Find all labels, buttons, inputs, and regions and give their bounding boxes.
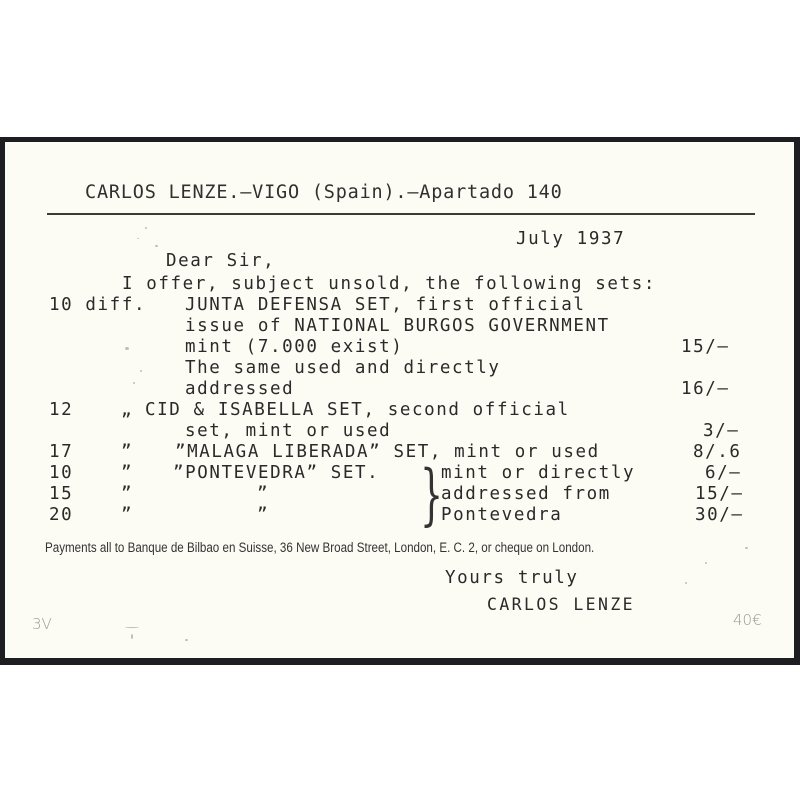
pencil-note-left: 3V — [32, 615, 52, 633]
offer-line: ”MALAGA LIBERADA” SET, mint or used — [175, 444, 600, 462]
offer-line: set, mint or used — [185, 423, 391, 441]
offer-line: The same used and directly — [185, 360, 501, 378]
postmark-speck — [685, 582, 687, 584]
offer-line: mint (7.000 exist) — [185, 339, 403, 357]
offer-line: issue of NATIONAL BURGOS GOVERNMENT — [185, 318, 610, 336]
offer-qty: 17 — [49, 444, 73, 462]
offer-qty: 10 diff. — [49, 297, 146, 315]
offer-qty: 20 — [49, 507, 73, 525]
postmark-speck — [185, 639, 188, 641]
intro-line: I offer, subject unsold, the following s… — [122, 276, 656, 294]
postcard-paper: CARLOS LENZE.—VIGO (Spain).—Apartado 140… — [5, 142, 794, 658]
postmark-speck — [125, 627, 139, 628]
offer-price: 15/— — [695, 486, 744, 504]
postmark-speck — [125, 347, 129, 350]
postmark-speck — [745, 547, 748, 549]
offer-price: 15/— — [681, 339, 730, 357]
offer-line: addressed — [185, 381, 294, 399]
payment-note: Payments all to Banque de Bilbao en Suis… — [45, 540, 594, 555]
salutation: Dear Sir, — [166, 253, 275, 271]
offer-qty: 12 — [49, 402, 73, 420]
ditto-mark: „ — [121, 402, 133, 420]
postmark-speck — [133, 382, 135, 384]
postmark-speck — [155, 245, 158, 247]
offer-price: 8/.6 — [693, 444, 742, 462]
date: July 1937 — [516, 231, 625, 249]
offer-price: 30/— — [695, 507, 744, 525]
offer-note: Pontevedra — [441, 507, 562, 525]
offer-note: mint or directly — [441, 465, 635, 483]
offer-qty: 10 — [49, 465, 73, 483]
ditto-mark: ” — [121, 507, 133, 525]
offer-price: 3/— — [703, 423, 739, 441]
postmark-speck — [705, 562, 707, 564]
offer-qty: 15 — [49, 486, 73, 504]
offer-line: CID & ISABELLA SET, second official — [145, 402, 570, 420]
ditto-mark: ” — [257, 486, 269, 504]
grouping-brace: } — [420, 462, 443, 528]
postmark-speck — [137, 238, 139, 239]
postcard: CARLOS LENZE.—VIGO (Spain).—Apartado 140… — [0, 137, 800, 665]
ditto-mark: ” — [121, 465, 133, 483]
postmark-speck — [131, 634, 133, 639]
offer-note: addressed from — [441, 486, 611, 504]
postmark-speck — [145, 227, 147, 229]
signature: CARLOS LENZE — [487, 597, 635, 614]
offer-price: 6/— — [705, 465, 741, 483]
closing: Yours truly — [445, 570, 579, 588]
offer-price: 16/— — [681, 381, 730, 399]
letterhead: CARLOS LENZE.—VIGO (Spain).—Apartado 140 — [85, 184, 563, 203]
ditto-mark: ” — [121, 486, 133, 504]
postmark-speck — [140, 370, 142, 372]
pencil-note-right: 40€ — [733, 611, 762, 629]
ditto-mark: ” — [121, 444, 133, 462]
letterhead-rule — [47, 213, 755, 215]
offer-line: JUNTA DEFENSA SET, first official — [185, 297, 585, 315]
ditto-mark: ” — [257, 507, 269, 525]
offer-line: ”PONTEVEDRA” SET. — [173, 465, 379, 483]
